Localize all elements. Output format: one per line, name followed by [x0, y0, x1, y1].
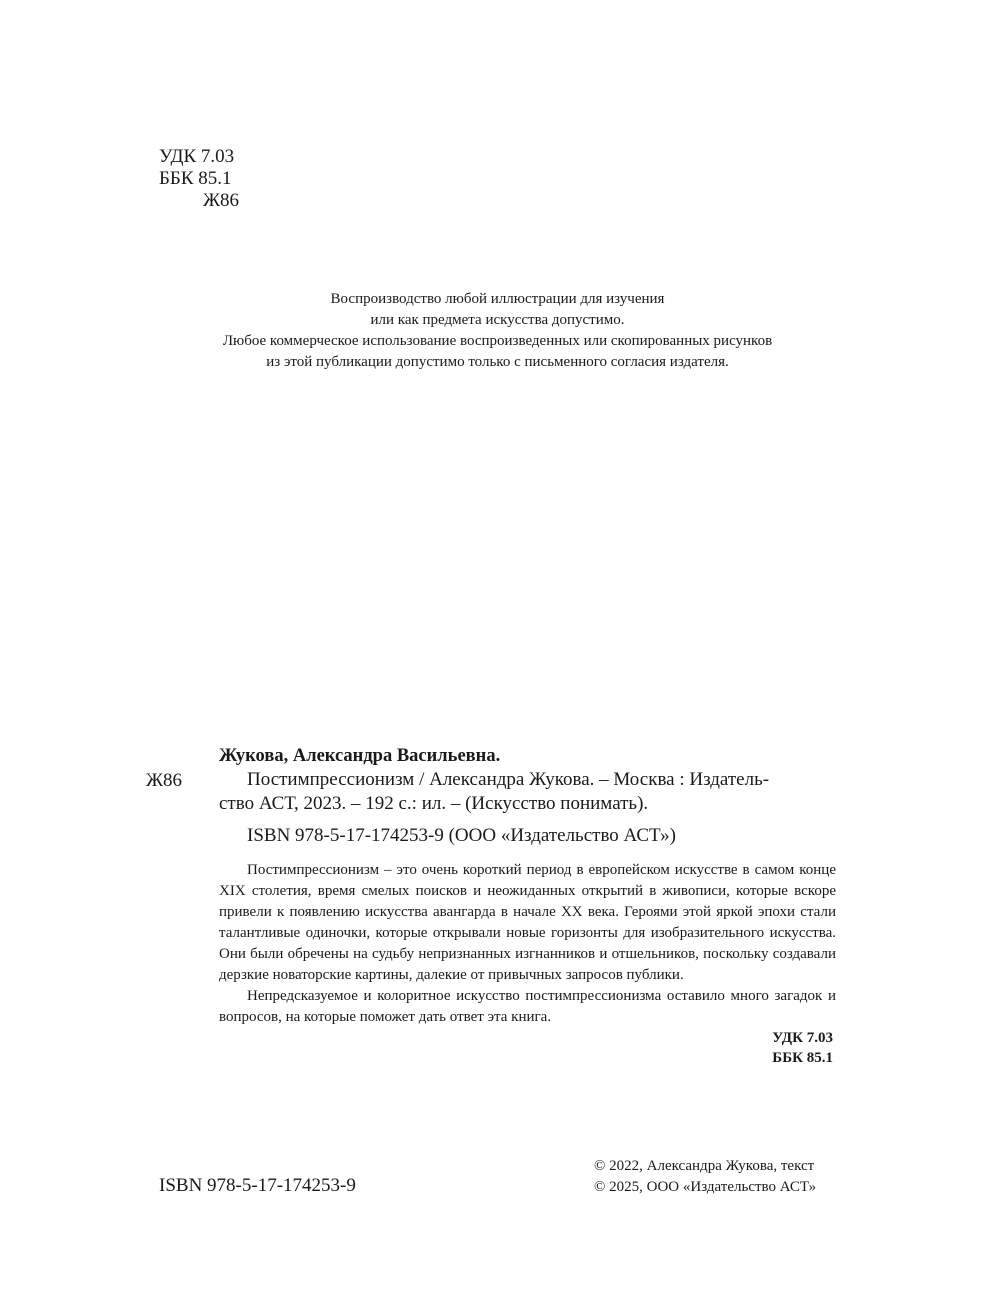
annotation: Постимпрессионизм – это очень короткий п… — [219, 860, 836, 1068]
card-author: Жукова, Александра Васильевна. — [219, 744, 836, 768]
reproduction-notice: Воспроизводство любой иллюстрации для из… — [150, 289, 845, 373]
annotation-udk: УДК 7.03 — [219, 1028, 836, 1048]
notice-line: из этой публикации допустимо только с пи… — [150, 352, 845, 373]
annotation-paragraph: Постимпрессионизм – это очень короткий п… — [219, 860, 836, 986]
copyright-line: © 2025, ООО «Издательство АСТ» — [594, 1177, 816, 1198]
copyright-line: © 2022, Александра Жукова, текст — [594, 1156, 816, 1177]
card-isbn: ISBN 978-5-17-174253-9 (ООО «Издательств… — [219, 824, 836, 848]
notice-line: Воспроизводство любой иллюстрации для из… — [150, 289, 845, 310]
annotation-paragraph: Непредсказуемое и колоритное искусство п… — [219, 986, 836, 1028]
udk-code: УДК 7.03 — [159, 146, 239, 168]
card-author-sign: Ж86 — [146, 770, 182, 792]
footer-isbn: ISBN 978-5-17-174253-9 — [159, 1175, 356, 1197]
bbk-code: ББК 85.1 — [159, 168, 239, 190]
classification-block-top: УДК 7.03 ББК 85.1 Ж86 — [159, 146, 239, 212]
copyright-block: © 2022, Александра Жукова, текст © 2025,… — [594, 1156, 816, 1198]
card-description: Постимпрессионизм / Александра Жукова. –… — [219, 768, 836, 816]
bibliographic-card: Жукова, Александра Васильевна. Постимпре… — [219, 744, 836, 848]
notice-line: Любое коммерческое использование воспрои… — [150, 331, 845, 352]
author-sign: Ж86 — [159, 190, 239, 212]
notice-line: или как предмета искусства допустимо. — [150, 310, 845, 331]
annotation-bbk: ББК 85.1 — [219, 1048, 836, 1068]
